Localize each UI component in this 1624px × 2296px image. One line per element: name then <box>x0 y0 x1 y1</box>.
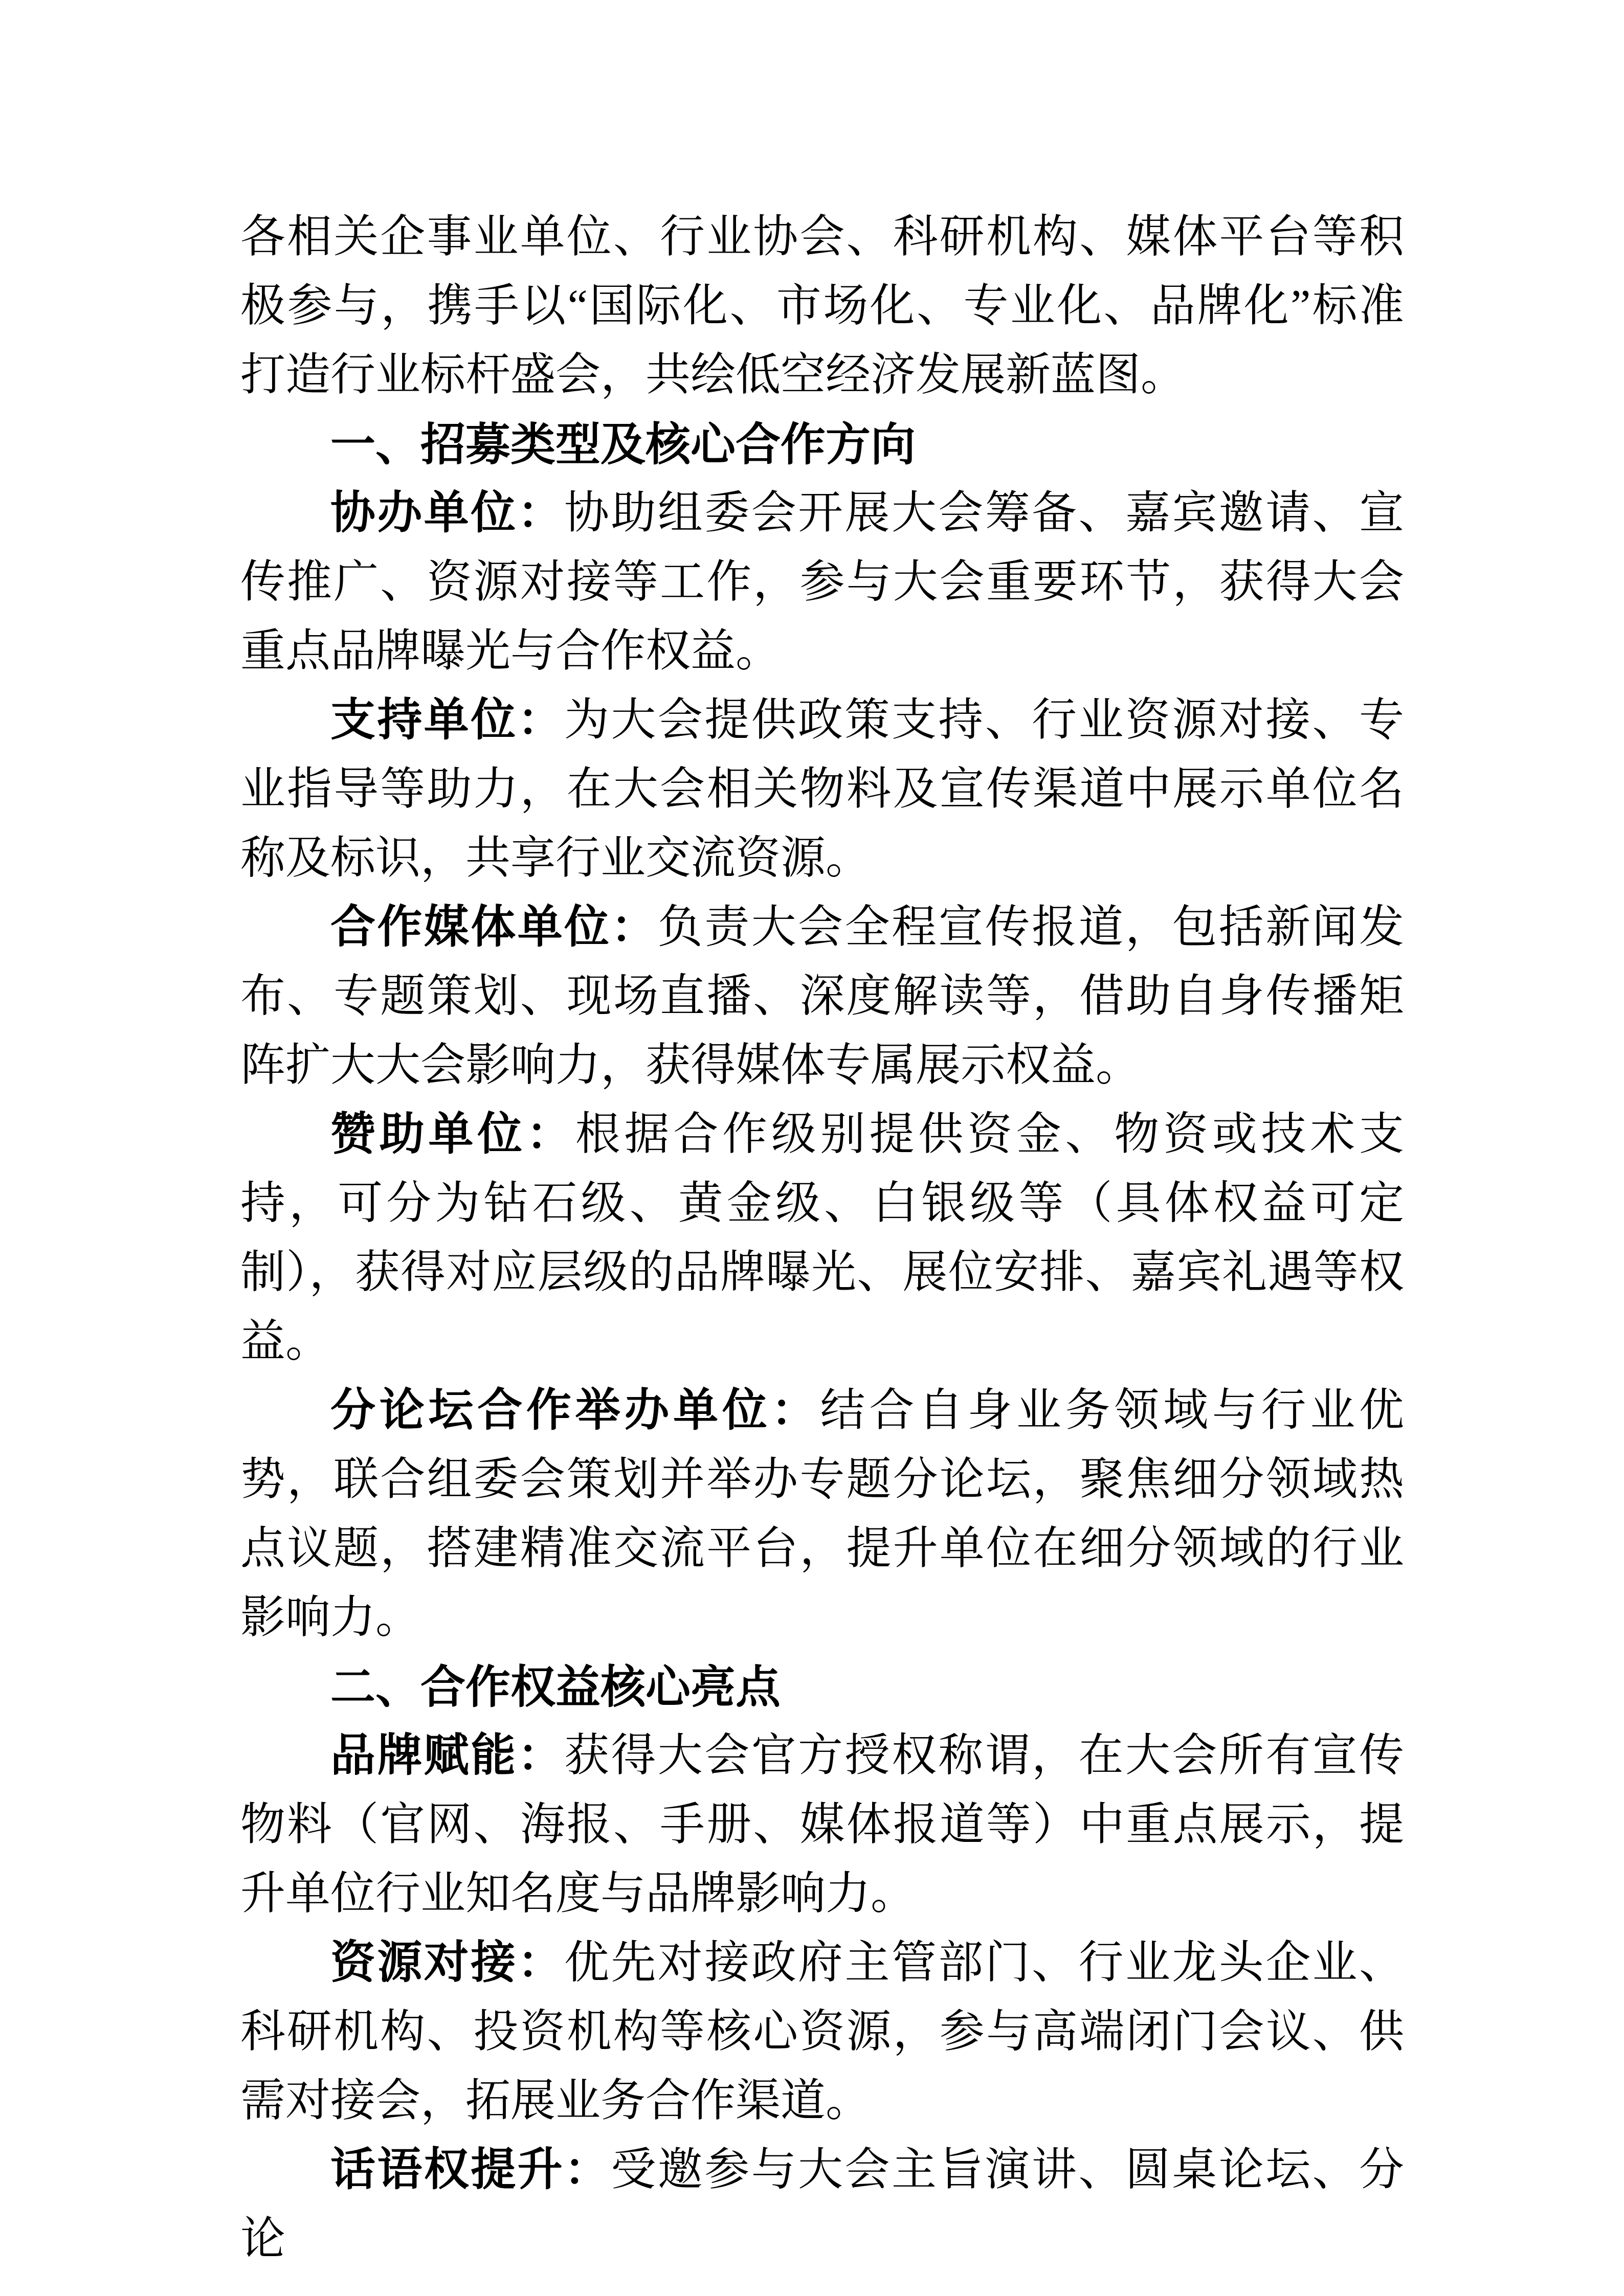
heading-text: 二、合作权益核心亮点 <box>330 1661 781 1712</box>
section-heading-2: 二、合作权益核心亮点 <box>240 1652 1404 1721</box>
paragraph-lead-label: 合作媒体单位： <box>330 903 658 952</box>
document-page: 各相关企事业单位、行业协会、科研机构、媒体平台等积极参与，携手以“国际化、市场化… <box>0 0 1624 2296</box>
paragraph-lead-label: 赞助单位： <box>330 1110 575 1159</box>
paragraph-resource-matching: 资源对接：优先对接政府主管部门、行业龙头企业、科研机构、投资机构等核心资源，参与… <box>240 1928 1404 2135</box>
paragraph-supporting-unit: 支持单位：为大会提供政策支持、行业资源对接、专业指导等助力，在大会相关物料及宣传… <box>240 686 1404 893</box>
paragraph-voice-enhancement: 话语权提升：受邀参与大会主旨演讲、圆桌论坛、分论 <box>240 2135 1404 2274</box>
paragraph-intro-continuation: 各相关企事业单位、行业协会、科研机构、媒体平台等积极参与，携手以“国际化、市场化… <box>240 202 1404 410</box>
paragraph-text: 各相关企事业单位、行业协会、科研机构、媒体平台等积极参与，携手以“国际化、市场化… <box>240 212 1404 400</box>
paragraph-co-organizer: 协办单位：协助组委会开展大会筹备、嘉宾邀请、宣传推广、资源对接等工作，参与大会重… <box>240 479 1404 686</box>
paragraph-media-partner: 合作媒体单位：负责大会全程宣传报道，包括新闻发布、专题策划、现场直播、深度解读等… <box>240 893 1404 1100</box>
paragraph-lead-label: 分论坛合作举办单位： <box>330 1386 820 1435</box>
section-heading-1: 一、招募类型及核心合作方向 <box>240 410 1404 479</box>
paragraph-lead-label: 资源对接： <box>330 1938 564 1988</box>
heading-text: 一、招募类型及核心合作方向 <box>330 419 916 469</box>
paragraph-brand-empowerment: 品牌赋能：获得大会官方授权称谓，在大会所有宣传物料（官网、海报、手册、媒体报道等… <box>240 1721 1404 1928</box>
paragraph-lead-label: 协办单位： <box>330 488 564 538</box>
paragraph-subforum-host: 分论坛合作举办单位：结合自身业务领域与行业优势，联合组委会策划并举办专题分论坛，… <box>240 1376 1404 1652</box>
paragraph-lead-label: 话语权提升： <box>330 2145 611 2195</box>
paragraph-sponsor-unit: 赞助单位：根据合作级别提供资金、物资或技术支持，可分为钻石级、黄金级、白银级等（… <box>240 1100 1404 1376</box>
paragraph-lead-label: 品牌赋能： <box>330 1731 564 1781</box>
paragraph-lead-label: 支持单位： <box>330 695 564 745</box>
